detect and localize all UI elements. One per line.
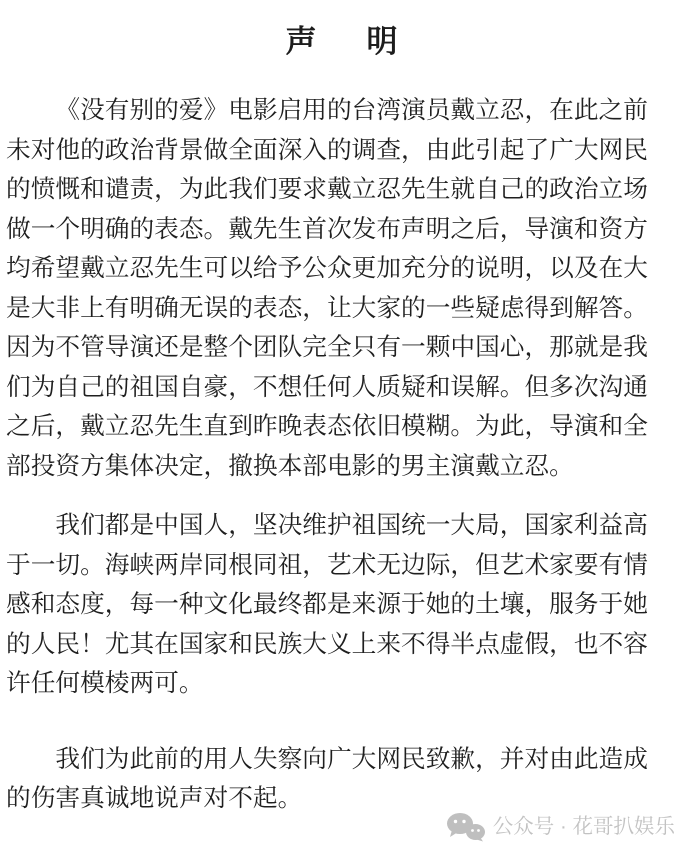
statement-document: 声 明 《没有别的爱》电影启用的台湾演员戴立忍，在此之前未对他的政治背景做全面深… xyxy=(0,0,683,856)
text-line: 部投资方集体决定，撤换本部电影的男主演戴立忍。 xyxy=(6,447,675,487)
paragraph-2: 我们都是中国人，坚决维护祖国统一大局，国家利益高于一切。海峡两岸同根同祖，艺术无… xyxy=(6,506,675,704)
wechat-icon xyxy=(446,812,486,842)
text-line: 《没有别的爱》电影启用的台湾演员戴立忍，在此之前 xyxy=(6,91,675,131)
text-line: 的愤慨和谴责，为此我们要求戴立忍先生就自己的政治立场 xyxy=(6,170,675,210)
text-line: 的人民！尤其在国家和民族大义上来不得半点虚假，也不容 xyxy=(6,625,675,665)
text-line: 于一切。海峡两岸同根同祖，艺术无边际，但艺术家要有情 xyxy=(6,546,675,586)
text-line: 是大非上有明确无误的表态，让大家的一些疑虑得到解答。 xyxy=(6,289,675,329)
text-line: 我们为此前的用人失察向广大网民致歉，并对由此造成 xyxy=(6,740,675,780)
watermark: 公众号 · 花哥扒娱乐 xyxy=(446,812,675,842)
paragraph-3: 我们为此前的用人失察向广大网民致歉，并对由此造成的伤害真诚地说声对不起。 xyxy=(6,740,675,819)
title-char-1: 声 xyxy=(286,24,317,60)
page-title: 声 明 xyxy=(0,0,683,60)
text-line: 们为自己的祖国自豪，不想任何人质疑和误解。但多次沟通 xyxy=(6,368,675,408)
title-char-2: 明 xyxy=(367,24,398,60)
text-line: 未对他的政治背景做全面深入的调查，由此引起了广大网民 xyxy=(6,131,675,171)
text-line: 因为不管导演还是整个团队完全只有一颗中国心，那就是我 xyxy=(6,328,675,368)
text-line: 之后，戴立忍先生直到昨晚表态依旧模糊。为此，导演和全 xyxy=(6,407,675,447)
text-line: 均希望戴立忍先生可以给予公众更加充分的说明，以及在大 xyxy=(6,249,675,289)
text-line: 我们都是中国人，坚决维护祖国统一大局，国家利益高 xyxy=(6,506,675,546)
text-line: 感和态度，每一种文化最终都是来源于她的土壤，服务于她 xyxy=(6,585,675,625)
watermark-text: 公众号 · 花哥扒娱乐 xyxy=(493,813,675,841)
document-body: 《没有别的爱》电影启用的台湾演员戴立忍，在此之前未对他的政治背景做全面深入的调查… xyxy=(0,91,683,819)
text-line: 做一个明确的表态。戴先生首次发布声明之后，导演和资方 xyxy=(6,210,675,250)
text-line: 许任何模棱两可。 xyxy=(6,664,675,704)
paragraph-1: 《没有别的爱》电影启用的台湾演员戴立忍，在此之前未对他的政治背景做全面深入的调查… xyxy=(6,91,675,486)
